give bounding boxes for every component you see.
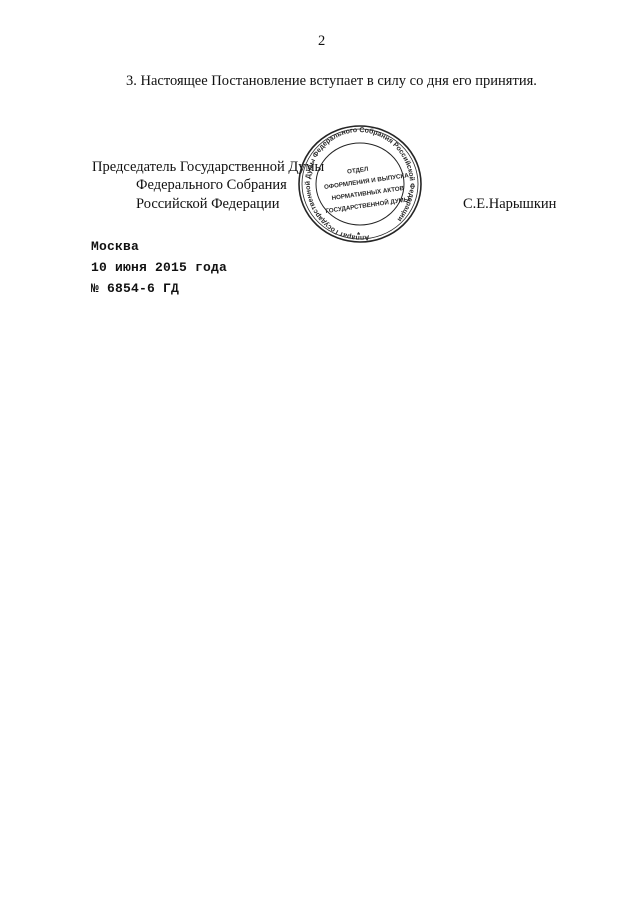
signatory-name: С.Е.Нарышкин — [463, 197, 556, 212]
signatory-title-line1: Председатель Государственной Думы — [92, 160, 324, 175]
document-number: № 6854-6 ГД — [91, 282, 179, 295]
clause-3: 3. Настоящее Постановление вступает в си… — [126, 74, 537, 89]
official-seal-stamp: Аппарат Государственной Думы Федеральног… — [297, 124, 423, 244]
place-of-signing: Москва — [91, 240, 139, 253]
date-of-signing: 10 июня 2015 года — [91, 261, 227, 274]
signatory-title-line2: Федерального Собрания — [136, 178, 287, 193]
page-number: 2 — [318, 34, 325, 49]
signatory-title-line3: Российской Федерации — [136, 197, 280, 212]
stamp-center-line1: ОТДЕЛ — [347, 166, 369, 176]
